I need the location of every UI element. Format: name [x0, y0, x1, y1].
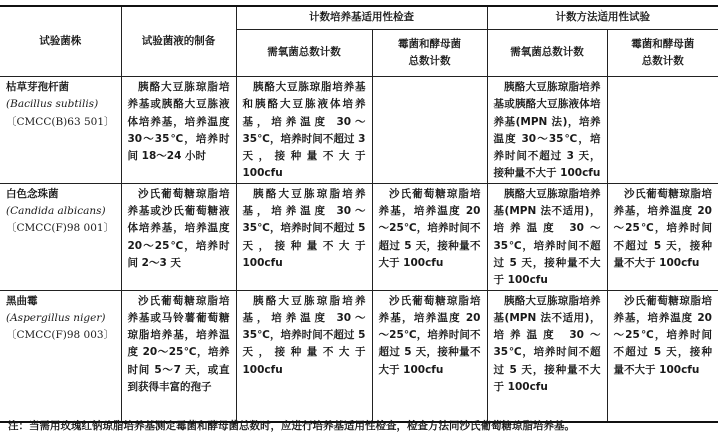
- method-mold-cell: 沙氏葡萄糖琼脂培养基，培养温度 20～25℃，培养时间不超过 5 天，接种量不大…: [607, 290, 718, 422]
- prep-cell: 胰酪大豆胨琼脂培养基或胰酪大豆胨液体培养基，培养温度 30～35℃，培养时间 1…: [121, 77, 236, 184]
- header-method-mold: 霉菌和酵母菌总数计数: [607, 30, 718, 77]
- header-text: 总数计数: [409, 55, 451, 67]
- medium-mold-cell: 沙氏葡萄糖琼脂培养基，培养温度 20～25℃，培养时间不超过 5 天，接种量不大…: [372, 290, 487, 422]
- strain-cell: 黑曲霉 (Aspergillus niger) 〔CMCC(F)98 003〕: [0, 290, 121, 422]
- medium-mold-cell: 沙氏葡萄糖琼脂培养基，培养温度 20～25℃，培养时间不超过 5 天，接种量不大…: [372, 183, 487, 290]
- strain-code: 〔CMCC(B)63 501〕: [6, 114, 115, 131]
- header-row-group: 试验菌株 试验菌液的制备 计数培养基适用性检查 计数方法适用性试验: [0, 6, 718, 30]
- header-strain: 试验菌株: [0, 6, 121, 77]
- strain-cell: 枯草芽孢杆菌 (Bacillus subtilis) 〔CMCC(B)63 50…: [0, 77, 121, 184]
- header-text: 霉菌和酵母菌: [631, 38, 694, 50]
- strain-suitability-table: 试验菌株 试验菌液的制备 计数培养基适用性检查 计数方法适用性试验 需氧菌总数计…: [0, 5, 718, 423]
- strain-cell: 白色念珠菌 (Candida albicans) 〔CMCC(F)98 001〕: [0, 183, 121, 290]
- medium-aerobic-cell: 胰酪大豆胨琼脂培养基，培养温度 30～35℃，培养时间不超过 5 天，接种量不大…: [236, 290, 372, 422]
- table-row: 枯草芽孢杆菌 (Bacillus subtilis) 〔CMCC(B)63 50…: [0, 77, 718, 184]
- strain-name: 白色念珠菌: [6, 186, 115, 203]
- strain-code: 〔CMCC(F)98 003〕: [6, 327, 115, 344]
- strain-latin: (Aspergillus niger): [6, 312, 105, 324]
- prep-cell: 沙氏葡萄糖琼脂培养基或马铃薯葡萄糖琼脂培养基，培养温度 20～25℃，培养时间 …: [121, 290, 236, 422]
- table-footnote: 注：当需用玫瑰红钠琼脂培养基测定霉菌和酵母菌总数时，应进行培养基适用性检查，检查…: [8, 418, 575, 433]
- medium-aerobic-cell: 胰酪大豆胨琼脂培养基，培养温度 30～35℃，培养时间不超过 5 天，接种量不大…: [236, 183, 372, 290]
- table-row: 黑曲霉 (Aspergillus niger) 〔CMCC(F)98 003〕 …: [0, 290, 718, 422]
- medium-mold-cell: [372, 77, 487, 184]
- strain-latin: (Bacillus subtilis): [6, 98, 98, 110]
- header-medium-aerobic: 需氧菌总数计数: [236, 30, 372, 77]
- method-mold-cell: 沙氏葡萄糖琼脂培养基，培养温度 20～25℃，培养时间不超过 5 天，接种量不大…: [607, 183, 718, 290]
- header-medium-mold: 霉菌和酵母菌总数计数: [372, 30, 487, 77]
- method-mold-cell: [607, 77, 718, 184]
- header-medium-suitability: 计数培养基适用性检查: [236, 6, 487, 30]
- header-prep: 试验菌液的制备: [121, 6, 236, 77]
- header-method-aerobic: 需氧菌总数计数: [487, 30, 607, 77]
- header-text: 霉菌和酵母菌: [398, 38, 461, 50]
- strain-name: 黑曲霉: [6, 293, 115, 310]
- strain-code: 〔CMCC(F)98 001〕: [6, 220, 115, 237]
- table-row: 白色念珠菌 (Candida albicans) 〔CMCC(F)98 001〕…: [0, 183, 718, 290]
- method-aerobic-cell: 胰酪大豆胨琼脂培养基(MPN 法不适用)，培养温度 30～35℃，培养时间不超过…: [487, 290, 607, 422]
- prep-cell: 沙氏葡萄糖琼脂培养基或沙氏葡萄糖液体培养基，培养温度 20～25℃，培养时间 2…: [121, 183, 236, 290]
- strain-latin: (Candida albicans): [6, 205, 106, 217]
- header-method-suitability: 计数方法适用性试验: [487, 6, 718, 30]
- method-aerobic-cell: 胰酪大豆胨琼脂培养基(MPN 法不适用)，培养温度 30～35℃，培养时间不超过…: [487, 183, 607, 290]
- strain-name: 枯草芽孢杆菌: [6, 79, 115, 96]
- method-aerobic-cell: 胰酪大豆胨琼脂培养基或胰酪大豆胨液体培养基(MPN 法)，培养温度 30～35℃…: [487, 77, 607, 184]
- header-text: 总数计数: [642, 55, 684, 67]
- medium-aerobic-cell: 胰酪大豆胨琼脂培养基和胰酪大豆胨液体培养基，培养温度 30～35℃，培养时间不超…: [236, 77, 372, 184]
- document-page: ` 试验菌株 试验菌液的制备 计数培养基适用性检查 计数方法适用性试验 需氧菌总…: [0, 0, 718, 438]
